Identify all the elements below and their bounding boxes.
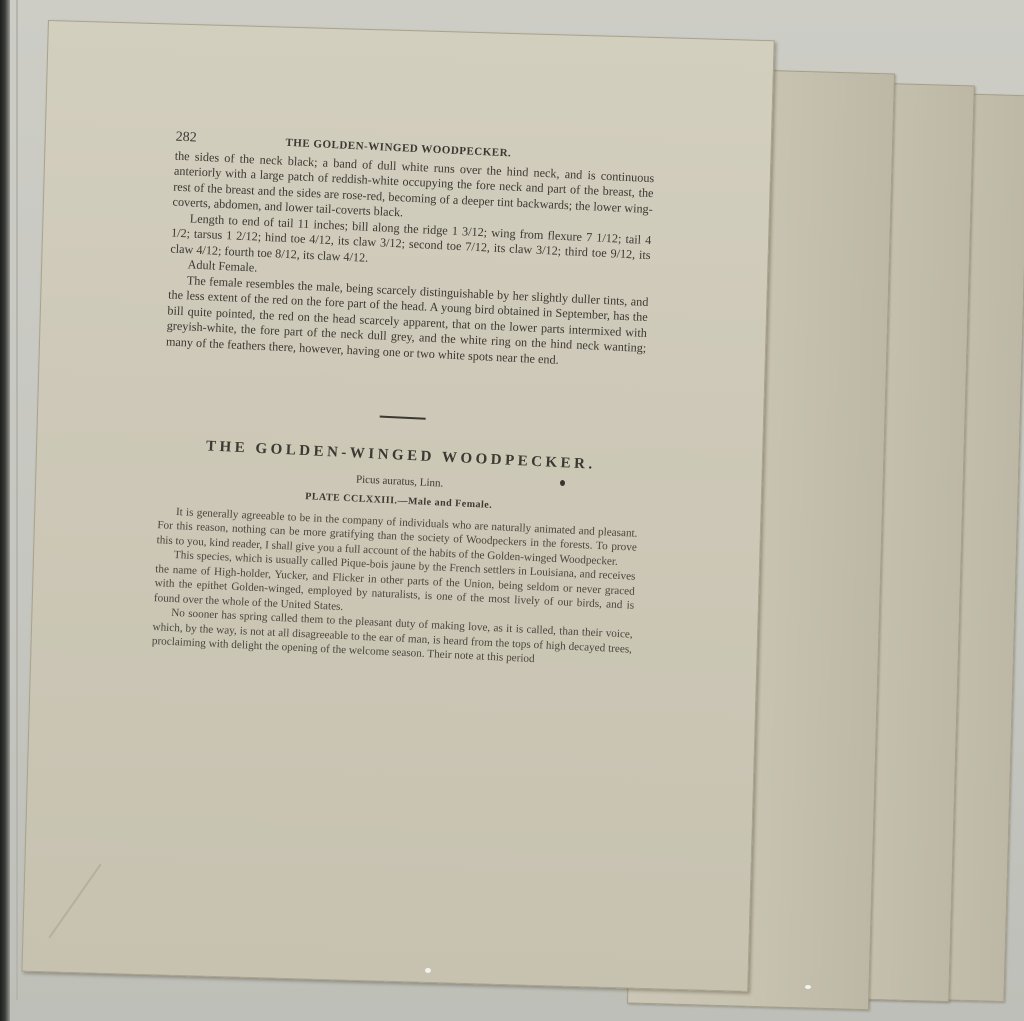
page-number: 282 (175, 130, 286, 151)
section-divider (380, 416, 426, 420)
front-page: 282 THE GOLDEN-WINGED WOODPECKER. the si… (21, 20, 774, 992)
glass-glare (425, 968, 431, 973)
glass-glare (805, 985, 811, 989)
frame-edge (0, 0, 10, 1021)
mat-edge (16, 0, 18, 1000)
page-text: 282 THE GOLDEN-WINGED WOODPECKER. the si… (152, 130, 656, 672)
ink-spot (560, 480, 565, 486)
